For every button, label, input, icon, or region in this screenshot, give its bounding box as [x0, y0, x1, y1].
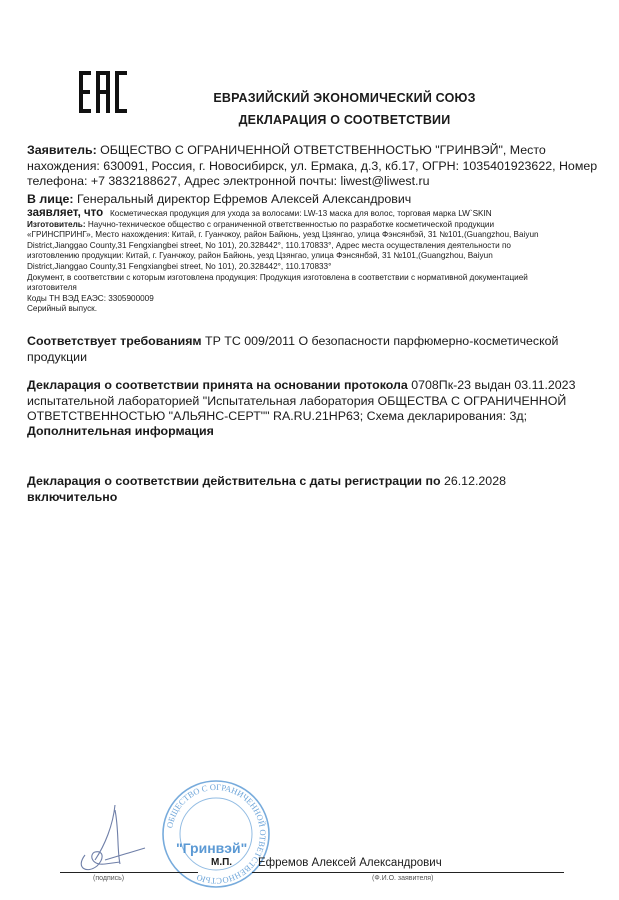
- protocol-info: 0708Пк-23 выдан 03.11.2023: [408, 378, 576, 392]
- hs-codes: Коды ТН ВЭД ЕАЭС: 3305900009: [27, 294, 599, 305]
- document-title: ДЕКЛАРАЦИЯ О СООТВЕТСТВИИ: [0, 113, 619, 127]
- compliance-regulation-cont: продукции: [27, 350, 607, 366]
- validity-inclusive: включительно: [27, 490, 607, 506]
- declares-label: заявляет, что: [27, 207, 103, 219]
- applicant-address: нахождения: 630091, Россия, г. Новосибир…: [27, 159, 607, 175]
- applicant-label: Заявитель:: [27, 143, 97, 157]
- signer-name: Ефремов Алексей Александрович: [258, 857, 442, 869]
- laboratory-accreditation: ОТВЕТСТВЕННОСТЬЮ "АЛЬЯНС-СЕРТ"" RA.RU.21…: [27, 409, 607, 425]
- detail-line: Научно-техническое общество с ограниченн…: [86, 220, 495, 229]
- applicant-name: ОБЩЕСТВО С ОГРАНИЧЕННОЙ ОТВЕТСТВЕННОСТЬЮ…: [97, 143, 546, 157]
- compliance-label: Соответствует требованиям: [27, 334, 202, 348]
- stamp-placeholder-mp: М.П.: [211, 857, 232, 868]
- union-heading: ЕВРАЗИЙСКИЙ ЭКОНОМИЧЕСКИЙ СОЮЗ: [0, 91, 619, 105]
- validity-date: 26.12.2028: [441, 474, 506, 488]
- signature-caption: (подпись): [93, 875, 124, 882]
- compliance-regulation: ТР ТС 009/2011 О безопасности парфюмерно…: [202, 334, 559, 348]
- representative-label: В лице:: [27, 192, 74, 206]
- name-line: [252, 872, 564, 873]
- signature-mark: [75, 800, 155, 875]
- detail-line: изготовлению продукции: Китай, г. Гуанчж…: [27, 251, 599, 262]
- detail-line: изготовителя: [27, 283, 599, 294]
- product-description: Косметическая продукция для ухода за вол…: [110, 209, 492, 218]
- detail-line: «ГРИНСПРИНГ», Место нахождения: Китай, г…: [27, 230, 599, 241]
- validity-section: Декларация о соответствии действительна …: [27, 474, 607, 505]
- signature-line: [60, 872, 198, 873]
- company-stamp: ОБЩЕСТВО С ОГРАНИЧЕННОЙ ОТВЕТСТВЕННОСТЬЮ: [160, 778, 272, 890]
- applicant-contacts: телефона: +7 3832188627, Адрес электронн…: [27, 174, 607, 190]
- applicant-section: Заявитель: ОБЩЕСТВО С ОГРАНИЧЕННОЙ ОТВЕТ…: [27, 143, 607, 190]
- basis-label: Декларация о соответствии принята на осн…: [27, 378, 408, 392]
- signature-icon: [75, 800, 155, 875]
- stamp-company-name: "Гринвэй": [176, 840, 247, 856]
- detail-line: District,Jianggao County,31 Fengxiangbei…: [27, 241, 599, 252]
- declaration-details: заявляет, что Косметическая продукция дл…: [27, 208, 599, 315]
- manufacturer-label: Изготовитель:: [27, 220, 86, 229]
- detail-line: District,Jianggao County,31 Fengxiangbei…: [27, 262, 599, 273]
- representative-value: Генеральный директор Ефремов Алексей Але…: [74, 192, 412, 206]
- serial-release: Серийный выпуск.: [27, 304, 599, 315]
- basis-section: Декларация о соответствии принята на осн…: [27, 378, 607, 425]
- name-caption: (Ф.И.О. заявителя): [372, 875, 433, 882]
- compliance-section: Соответствует требованиям ТР ТС 009/2011…: [27, 334, 607, 365]
- additional-info-label: Дополнительная информация: [27, 424, 607, 440]
- representative-section: В лице: Генеральный директор Ефремов Але…: [27, 192, 607, 208]
- validity-label: Декларация о соответствии действительна …: [27, 474, 441, 488]
- laboratory-info: испытательной лабораторией "Испытательна…: [27, 394, 607, 410]
- detail-line: Документ, в соответствии с которым изгот…: [27, 273, 599, 284]
